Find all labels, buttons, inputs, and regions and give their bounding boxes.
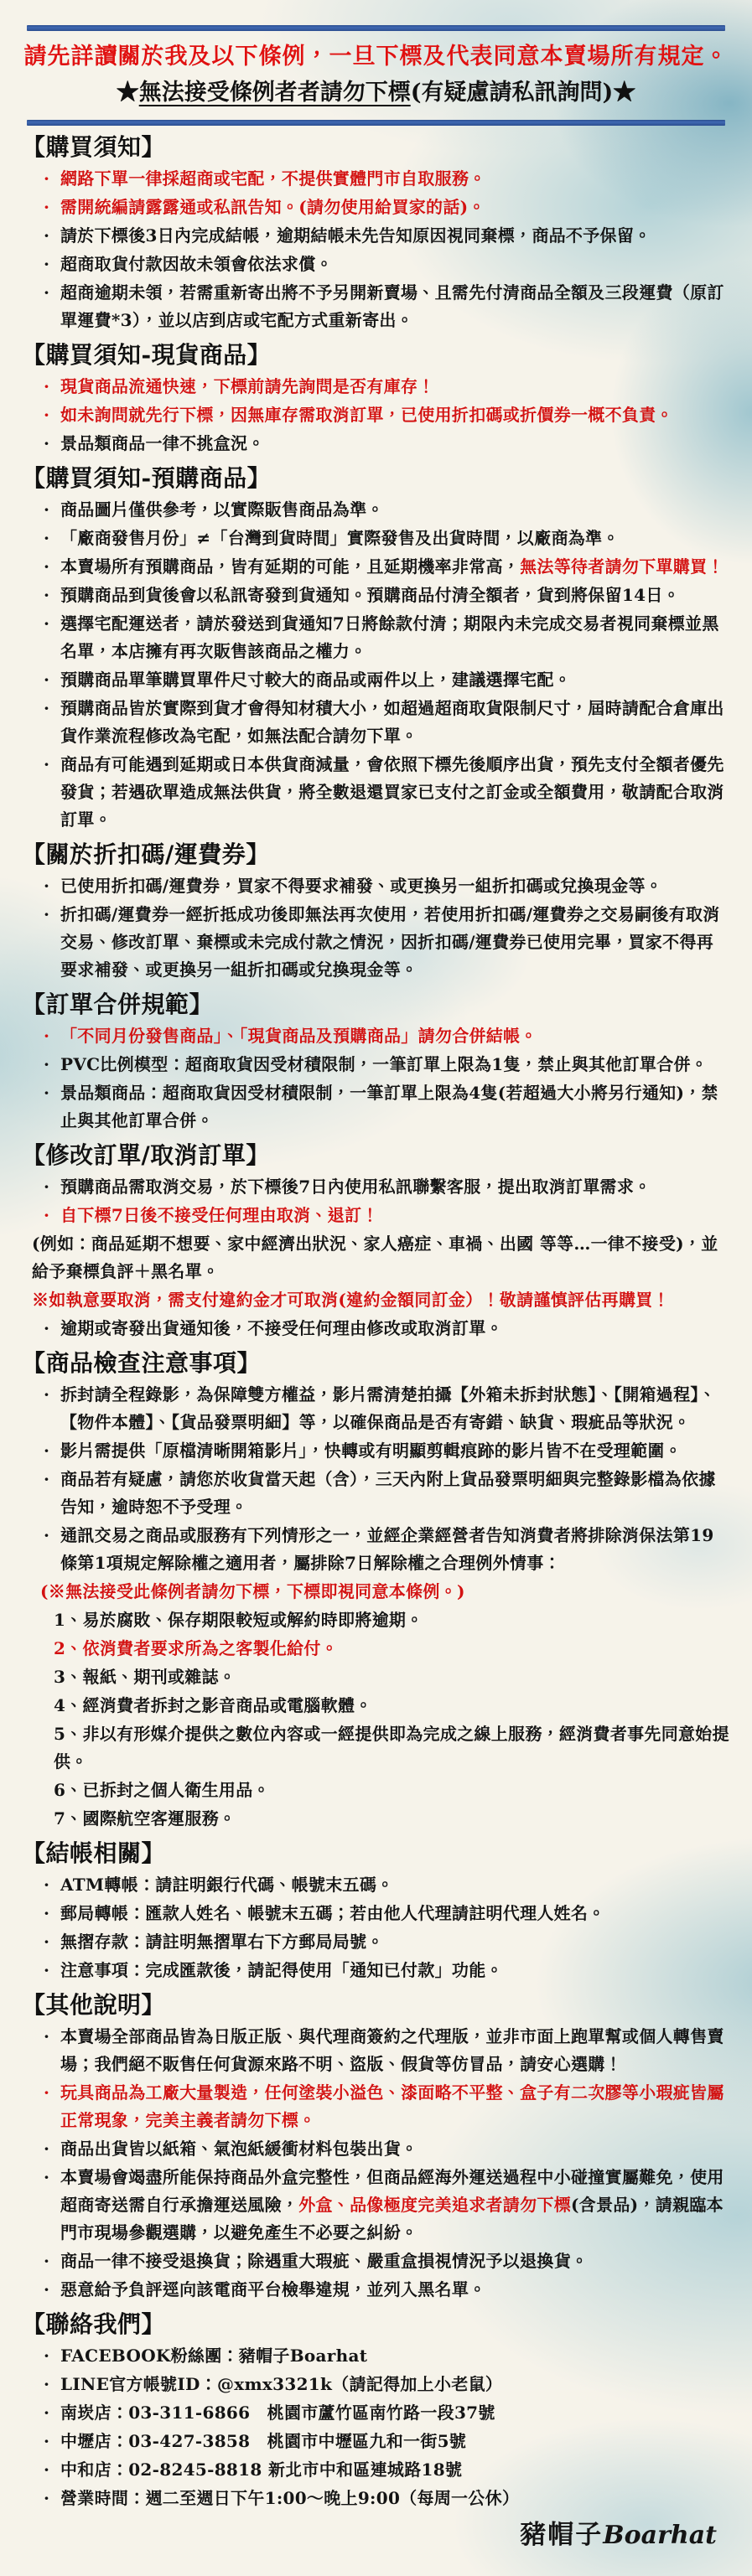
section: 【聯絡我們】·FACEBOOK粉絲團：豬帽子Boarhat·LINE官方帳號ID…: [22, 2308, 730, 2512]
terms-item: ·折扣碼/運費券一經折抵成功後即無法再次使用，若使用折扣碼/運費券之交易嗣後有取…: [22, 901, 730, 984]
section-title: 【結帳相關】: [22, 1837, 730, 1870]
terms-page: 請先詳讀關於我及以下條例，一旦下標及代表同意本賣場所有規定。 ★無法接受條例者者…: [0, 0, 752, 2576]
section-title: 【聯絡我們】: [22, 2308, 730, 2341]
item-segment: 5、非以有形媒介提供之數位內容或一經提供即為完成之線上服務，經消費者事先同意始提…: [54, 1724, 729, 1772]
bullet-dot-icon: ·: [44, 666, 49, 694]
item-segment: 逾期或寄發出貨通知後，不接受任何理由修改或取消訂單。: [60, 1318, 503, 1338]
bullet-dot-icon: ·: [44, 525, 49, 552]
bullet-dot-icon: ·: [44, 1202, 49, 1229]
bullet-dot-icon: ·: [44, 2079, 49, 2107]
bullet-dot-icon: ·: [44, 695, 49, 722]
item-segment: 本賣場全部商品皆為日版正版、與代理商簽約之代理版，並非市面上跑單幫或個人轉售賣場…: [60, 2026, 724, 2074]
terms-item: ·需開統編請露露通或私訊告知。(請勿使用給買家的話)。: [22, 194, 730, 221]
section-title: 【購買須知-預購商品】: [22, 462, 730, 495]
no-bid-warning-underlined: 無法接受條例者者請勿下標: [139, 80, 411, 106]
item-segment: 網路下單一律採超商或宅配，不提供實體門市自取服務。: [60, 168, 486, 189]
bullet-dot-icon: ·: [44, 2135, 49, 2163]
terms-item: ·預購商品皆於實際到貨才會得知材積大小，如超過超商取貨限制尺寸，屆時請配合倉庫出…: [22, 695, 730, 750]
bullet-dot-icon: ·: [44, 279, 49, 307]
section-title: 【訂單合併規範】: [22, 988, 730, 1022]
terms-item: ·景品類商品：超商取貨因受材積限制，一筆訂單上限為4隻(若超過大小將另行通知)，…: [22, 1079, 730, 1135]
section-title: 【關於折扣碼/運費券】: [22, 838, 730, 872]
terms-item: ·南崁店：03-311-6866 桃園市蘆竹區南竹路一段37號: [22, 2399, 730, 2427]
item-segment: 需開統編請露露通或私訊告知。(請勿使用給買家的話)。: [60, 197, 485, 217]
bullet-dot-icon: ·: [44, 222, 49, 250]
bullet-dot-icon: ·: [44, 1957, 49, 1984]
item-segment: ※如執意要取消，需支付違約金才可取消(違約金額同訂金）！敬請謹慎評估再購買！: [32, 1290, 670, 1310]
terms-item: ·預購商品單筆購買單件尺寸較大的商品或兩件以上，建議選擇宅配。: [22, 666, 730, 694]
terms-item: ·玩具商品為工廠大量製造，任何塗裝小溢色、漆面略不平整、盒子有二次膠等小瑕疵皆屬…: [22, 2079, 730, 2134]
item-segment: 營業時間：週二至週日下午1:00～晚上9:00（每周一公休）: [60, 2488, 519, 2508]
item-segment: 選擇宅配運送者，請於發送到貨通知7日將餘款付清；期限內未完成交易者視同棄標並黑名…: [60, 613, 719, 661]
item-segment: 4、經消費者拆封之影音商品或電腦軟體。: [54, 1695, 372, 1715]
star-icon: ★: [117, 80, 139, 106]
terms-item: ※如執意要取消，需支付違約金才可取消(違約金額同訂金）！敬請謹慎評估再購買！: [22, 1286, 730, 1314]
item-segment: 商品圖片僅供參考，以實際販售商品為準。: [60, 499, 384, 520]
item-segment: 惡意給予負評逕向該電商平台檢舉違規，並列入黑名單。: [60, 2279, 486, 2299]
terms-item: ·景品類商品一律不挑盒況。: [22, 430, 730, 458]
bullet-dot-icon: ·: [44, 872, 49, 900]
bullet-dot-icon: ·: [44, 401, 49, 429]
terms-item: ·通訊交易之商品或服務有下列情形之一，並經企業經營者告知消費者將排除消保法第19…: [22, 1522, 730, 1577]
bullet-dot-icon: ·: [44, 165, 49, 193]
store-signature-en: Boarhat: [603, 2521, 717, 2550]
section-title: 【修改訂單/取消訂單】: [22, 1139, 730, 1172]
item-segment: (※無法接受此條例者請勿下標，下標即視同意本條例。): [40, 1581, 465, 1601]
bullet-dot-icon: ·: [44, 1173, 49, 1201]
item-segment: 中和店：02-8245-8818 新北市中和區連城路18號: [60, 2460, 462, 2480]
item-segment: 預購商品需取消交易，於下標後7日內使用私訊聯繫客服，提出取消訂單需求。: [60, 1177, 651, 1197]
bullet-dot-icon: ·: [44, 2428, 49, 2455]
terms-item: ·ATM轉帳：請註明銀行代碼、帳號末五碼。: [22, 1871, 730, 1899]
bullet-dot-icon: ·: [44, 2276, 49, 2304]
bullet-dot-icon: ·: [44, 1381, 49, 1409]
bullet-dot-icon: ·: [44, 2023, 49, 2051]
bullet-dot-icon: ·: [44, 2164, 49, 2191]
section-title: 【購買須知】: [22, 131, 730, 164]
store-signature-zh: 豬帽子: [520, 2520, 603, 2550]
item-segment: 6、已拆封之個人衛生用品。: [54, 1780, 270, 1800]
terms-item: 6、已拆封之個人衛生用品。: [22, 1777, 730, 1804]
item-segment: 2、依消費者要求所為之客製化給付。: [54, 1638, 338, 1658]
section: 【其他說明】·本賣場全部商品皆為日版正版、與代理商簽約之代理版，並非市面上跑單幫…: [22, 1989, 730, 2304]
terms-item: ·本賣場所有預購商品，皆有延期的可能，且延期機率非常高，無法等待者請勿下單購買！: [22, 553, 730, 581]
item-segment: 商品一律不接受退換貨；除遇重大瑕疵、嚴重盒損視情況予以退換貨。: [60, 2251, 588, 2271]
item-segment: 玩具商品為工廠大量製造，任何塗裝小溢色、漆面略不平整、盒子有二次膠等小瑕疵皆屬正…: [60, 2082, 724, 2130]
terms-item: ·逾期或寄發出貨通知後，不接受任何理由修改或取消訂單。: [22, 1315, 730, 1342]
bullet-dot-icon: ·: [44, 430, 49, 458]
bullet-dot-icon: ·: [44, 582, 49, 609]
item-segment: 預購商品單筆購買單件尺寸較大的商品或兩件以上，建議選擇宅配。: [60, 670, 571, 690]
item-segment: 7、國際航空客運服務。: [54, 1808, 236, 1829]
terms-item: ·超商取貨付款因故未領會依法求償。: [22, 251, 730, 278]
item-segment: FACEBOOK粉絲團：豬帽子Boarhat: [60, 2346, 367, 2366]
terms-item: ·無摺存款：請註明無摺單右下方郵局局號。: [22, 1928, 730, 1956]
terms-item: ·中和店：02-8245-8818 新北市中和區連城路18號: [22, 2456, 730, 2484]
item-segment: 3、報紙、期刊或雜誌。: [54, 1667, 236, 1687]
item-segment: 商品出貨皆以紙箱、氣泡紙緩衝材料包裝出貨。: [60, 2139, 417, 2159]
item-segment: 景品類商品一律不挑盒況。: [60, 433, 265, 453]
bullet-dot-icon: ·: [44, 1051, 49, 1079]
terms-item: ·注意事項：完成匯款後，請記得使用「通知已付款」功能。: [22, 1957, 730, 1984]
section-title: 【購買須知-現貨商品】: [22, 339, 730, 372]
terms-item: ·商品出貨皆以紙箱、氣泡紙緩衝材料包裝出貨。: [22, 2135, 730, 2163]
terms-item: ·選擇宅配運送者，請於發送到貨通知7日將餘款付清；期限內未完成交易者視同棄標並黑…: [22, 610, 730, 665]
terms-item: 1、易於腐敗、保存期限較短或解約時即將逾期。: [22, 1606, 730, 1634]
terms-item: ·FACEBOOK粉絲團：豬帽子Boarhat: [22, 2342, 730, 2370]
bullet-dot-icon: ·: [44, 251, 49, 278]
terms-item: 2、依消費者要求所為之客製化給付。: [22, 1635, 730, 1663]
item-segment: ATM轉帳：請註明銀行代碼、帳號末五碼。: [60, 1875, 393, 1895]
terms-item: ·請於下標後3日內完成結帳，逾期結帳未先告知原因視同棄標，商品不予保留。: [22, 222, 730, 250]
item-segment: 如未詢問就先行下標，因無庫存需取消訂單，已使用折扣碼或折價券一概不負責。: [60, 405, 673, 425]
bullet-dot-icon: ·: [44, 610, 49, 638]
terms-sections: 【購買須知】·網路下單一律採超商或宅配，不提供實體門市自取服務。·需開統編請露露…: [22, 131, 730, 2512]
terms-item: ·郵局轉帳：匯款人姓名、帳號末五碼；若由他人代理請註明代理人姓名。: [22, 1900, 730, 1927]
terms-item: (※無法接受此條例者請勿下標，下標即視同意本條例。): [22, 1578, 730, 1606]
section: 【結帳相關】·ATM轉帳：請註明銀行代碼、帳號末五碼。·郵局轉帳：匯款人姓名、帳…: [22, 1837, 730, 1984]
terms-item: ·現貨商品流通快速，下標前請先詢問是否有庫存！: [22, 373, 730, 401]
bullet-dot-icon: ·: [44, 2485, 49, 2512]
item-segment: 中壢店：03-427-3858 桃園市中壢區九和一街5號: [60, 2431, 466, 2451]
bullet-dot-icon: ·: [44, 553, 49, 581]
no-bid-warning-paren: (有疑慮請私訊詢問): [411, 80, 614, 106]
terms-item: 7、國際航空客運服務。: [22, 1805, 730, 1833]
terms-item: ·已使用折扣碼/運費券，買家不得要求補發、或更換另一組折扣碼或兌換現金等。: [22, 872, 730, 900]
item-segment: 1、易於腐敗、保存期限較短或解約時即將逾期。: [54, 1610, 423, 1630]
terms-item: ·商品一律不接受退換貨；除遇重大瑕疵、嚴重盒損視情況予以退換貨。: [22, 2248, 730, 2275]
section: 【購買須知-現貨商品】·現貨商品流通快速，下標前請先詢問是否有庫存！·如未詢問就…: [22, 339, 730, 458]
bullet-dot-icon: ·: [44, 1522, 49, 1549]
item-segment: 請於下標後3日內完成結帳，逾期結帳未先告知原因視同棄標，商品不予保留。: [60, 225, 651, 246]
section-title: 【其他說明】: [22, 1989, 730, 2022]
terms-item: ·自下標7日後不接受任何理由取消、退訂！: [22, 1202, 730, 1229]
bullet-dot-icon: ·: [44, 1466, 49, 1493]
terms-content: 請先詳讀關於我及以下條例，一旦下標及代表同意本賣場所有規定。 ★無法接受條例者者…: [0, 0, 752, 2576]
terms-item: ·「廠商發售月份」≠「台灣到貨時間」實際發售及出貨時間，以廠商為準。: [22, 525, 730, 552]
item-segment: 南崁店：03-311-6866 桃園市蘆竹區南竹路一段37號: [60, 2403, 495, 2423]
item-segment: 本賣場所有預購商品，皆有延期的可能，且延期機率非常高，: [60, 556, 520, 577]
item-segment: 「不同月份發售商品」、「現貨商品及預購商品」請勿合併結帳。: [60, 1026, 537, 1046]
section: 【關於折扣碼/運費券】·已使用折扣碼/運費券，買家不得要求補發、或更換另一組折扣…: [22, 838, 730, 984]
store-signature: 豬帽子Boarhat: [22, 2513, 730, 2564]
terms-item: ·超商逾期未領，若需重新寄出將不予另開新賣場、且需先付清商品全額及三段運費（原訂…: [22, 279, 730, 334]
bullet-dot-icon: ·: [44, 1022, 49, 1050]
bullet-dot-icon: ·: [44, 1871, 49, 1899]
terms-item: ·營業時間：週二至週日下午1:00～晚上9:00（每周一公休）: [22, 2485, 730, 2512]
item-segment: 商品若有疑慮，請您於收貨當天起（含），三天內附上貨品發票明細與完整錄影檔為依據告…: [60, 1469, 716, 1517]
terms-item: ·本賣場會竭盡所能保持商品外盒完整性，但商品經海外運送過程中小碰撞實屬難免，使用…: [22, 2164, 730, 2247]
section: 【商品檢查注意事項】·拆封請全程錄影，為保障雙方權益，影片需清楚拍攝【外箱未拆封…: [22, 1347, 730, 1833]
item-segment: 外盒、品像極度完美追求者請勿下標: [298, 2195, 571, 2215]
item-segment: 影片需提供「原檔清晰開箱影片」，快轉或有明顯剪輯痕跡的影片皆不在受理範圍。: [60, 1441, 682, 1461]
terms-item: (例如：商品延期不想要、家中經濟出狀況、家人癌症、車禍、出國 等等…一律不接受)…: [22, 1230, 730, 1285]
divider-bar-bottom: [27, 120, 725, 126]
item-segment: 已使用折扣碼/運費券，買家不得要求補發、或更換另一組折扣碼或兌換現金等。: [60, 876, 662, 896]
item-segment: 拆封請全程錄影，為保障雙方權益，影片需清楚拍攝【外箱未拆封狀態】、【開箱過程】、…: [60, 1384, 716, 1432]
terms-item: ·如未詢問就先行下標，因無庫存需取消訂單，已使用折扣碼或折價券一概不負責。: [22, 401, 730, 429]
item-segment: (例如：商品延期不想要、家中經濟出狀況、家人癌症、車禍、出國 等等…一律不接受)…: [32, 1234, 718, 1281]
terms-item: ·商品有可能遇到延期或日本供貨商減量，會依照下標先後順序出貨，預先支付全額者優先…: [22, 751, 730, 834]
item-segment: 郵局轉帳：匯款人姓名、帳號末五碼；若由他人代理請註明代理人姓名。: [60, 1903, 605, 1923]
bullet-dot-icon: ·: [44, 496, 49, 524]
divider-bar-top: [27, 25, 725, 31]
section: 【購買須知-預購商品】·商品圖片僅供參考，以實際販售商品為準。·「廠商發售月份」…: [22, 462, 730, 834]
bullet-dot-icon: ·: [44, 1437, 49, 1465]
terms-item: ·預購商品到貨後會以私訊寄發到貨通知。預購商品付清全額者，貨到將保留14日。: [22, 582, 730, 609]
bullet-dot-icon: ·: [44, 1315, 49, 1342]
section: 【訂單合併規範】·「不同月份發售商品」、「現貨商品及預購商品」請勿合併結帳。·P…: [22, 988, 730, 1135]
terms-item: ·本賣場全部商品皆為日版正版、與代理商簽約之代理版，並非市面上跑單幫或個人轉售賣…: [22, 2023, 730, 2078]
bullet-dot-icon: ·: [44, 1928, 49, 1956]
terms-item: 4、經消費者拆封之影音商品或電腦軟體。: [22, 1692, 730, 1720]
item-segment: 無摺存款：請註明無摺單右下方郵局局號。: [60, 1932, 384, 1952]
bullet-dot-icon: ·: [44, 373, 49, 401]
bullet-dot-icon: ·: [44, 901, 49, 928]
item-segment: 無法等待者請勿下單購買！: [520, 556, 724, 577]
section: 【修改訂單/取消訂單】·預購商品需取消交易，於下標後7日內使用私訊聯繫客服，提出…: [22, 1139, 730, 1342]
bullet-dot-icon: ·: [44, 1900, 49, 1927]
item-segment: 折扣碼/運費券一經折抵成功後即無法再次使用，若使用折扣碼/運費券之交易嗣後有取消…: [60, 904, 720, 980]
terms-item: ·「不同月份發售商品」、「現貨商品及預購商品」請勿合併結帳。: [22, 1022, 730, 1050]
bullet-dot-icon: ·: [44, 2399, 49, 2427]
terms-item: ·商品圖片僅供參考，以實際販售商品為準。: [22, 496, 730, 524]
bullet-dot-icon: ·: [44, 2456, 49, 2484]
item-segment: 預購商品到貨後會以私訊寄發到貨通知。預購商品付清全額者，貨到將保留14日。: [60, 585, 680, 605]
item-segment: 注意事項：完成匯款後，請記得使用「通知已付款」功能。: [60, 1960, 503, 1980]
item-segment: 商品有可能遇到延期或日本供貨商減量，會依照下標先後順序出貨，預先支付全額者優先發…: [60, 754, 724, 830]
section-title: 【商品檢查注意事項】: [22, 1347, 730, 1380]
item-segment: 通訊交易之商品或服務有下列情形之一，並經企業經營者告知消費者將排除消保法第19條…: [60, 1525, 714, 1573]
bullet-dot-icon: ·: [44, 2371, 49, 2398]
terms-item: ·商品若有疑慮，請您於收貨當天起（含），三天內附上貨品發票明細與完整錄影檔為依據…: [22, 1466, 730, 1521]
item-segment: LINE官方帳號ID：@xmx3321k（請記得加上小老鼠）: [60, 2374, 502, 2394]
item-segment: 預購商品皆於實際到貨才會得知材積大小，如超過超商取貨限制尺寸，屆時請配合倉庫出貨…: [60, 698, 724, 746]
bullet-dot-icon: ·: [44, 2342, 49, 2370]
bullet-dot-icon: ·: [44, 1079, 49, 1107]
terms-item: ·預購商品需取消交易，於下標後7日內使用私訊聯繫客服，提出取消訂單需求。: [22, 1173, 730, 1201]
bullet-dot-icon: ·: [44, 751, 49, 778]
section: 【購買須知】·網路下單一律採超商或宅配，不提供實體門市自取服務。·需開統編請露露…: [22, 131, 730, 334]
item-segment: 超商取貨付款因故未領會依法求償。: [60, 254, 333, 274]
terms-item: 3、報紙、期刊或雜誌。: [22, 1663, 730, 1691]
star-icon: ★: [613, 80, 635, 106]
terms-item: ·PVC比例模型：超商取貨因受材積限制，一筆訂單上限為1隻，禁止與其他訂單合併。: [22, 1051, 730, 1079]
item-segment: 「廠商發售月份」≠「台灣到貨時間」實際發售及出貨時間，以廠商為準。: [60, 528, 620, 548]
bullet-dot-icon: ·: [44, 194, 49, 221]
terms-title: 請先詳讀關於我及以下條例，一旦下標及代表同意本賣場所有規定。: [22, 39, 730, 75]
bullet-dot-icon: ·: [44, 2248, 49, 2275]
terms-item: ·影片需提供「原檔清晰開箱影片」，快轉或有明顯剪輯痕跡的影片皆不在受理範圍。: [22, 1437, 730, 1465]
item-segment: PVC比例模型：超商取貨因受材積限制，一筆訂單上限為1隻，禁止與其他訂單合併。: [60, 1054, 708, 1074]
item-segment: 超商逾期未領，若需重新寄出將不予另開新賣場、且需先付清商品全額及三段運費（原訂單…: [60, 282, 724, 330]
item-segment: 自下標7日後不接受任何理由取消、退訂！: [60, 1205, 379, 1225]
terms-item: ·網路下單一律採超商或宅配，不提供實體門市自取服務。: [22, 165, 730, 193]
terms-item: ·中壢店：03-427-3858 桃園市中壢區九和一街5號: [22, 2428, 730, 2455]
terms-item: ·拆封請全程錄影，為保障雙方權益，影片需清楚拍攝【外箱未拆封狀態】、【開箱過程】…: [22, 1381, 730, 1436]
item-segment: 景品類商品：超商取貨因受材積限制，一筆訂單上限為4隻(若超過大小將另行通知)，禁…: [60, 1083, 718, 1130]
terms-item: ·LINE官方帳號ID：@xmx3321k（請記得加上小老鼠）: [22, 2371, 730, 2398]
terms-item: 5、非以有形媒介提供之數位內容或一經提供即為完成之線上服務，經消費者事先同意始提…: [22, 1720, 730, 1776]
terms-item: ·惡意給予負評逕向該電商平台檢舉違規，並列入黑名單。: [22, 2276, 730, 2304]
item-segment: 現貨商品流通快速，下標前請先詢問是否有庫存！: [60, 376, 435, 396]
no-bid-warning: ★無法接受條例者者請勿下標(有疑慮請私訊詢問)★: [22, 75, 730, 111]
